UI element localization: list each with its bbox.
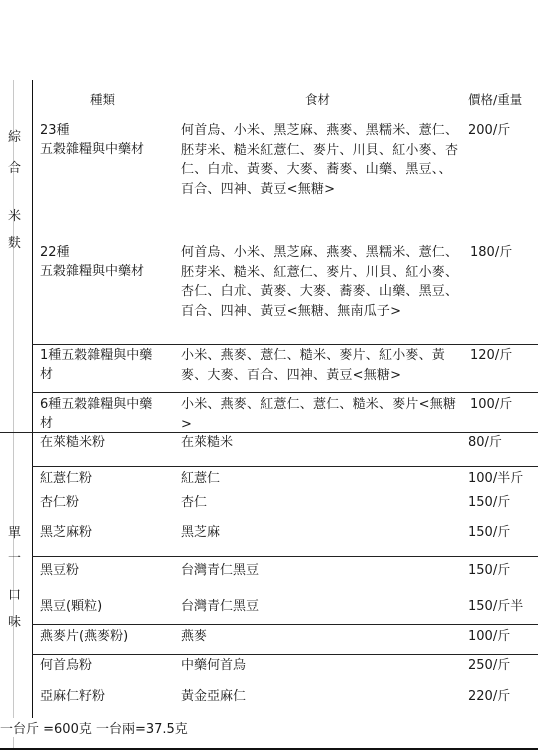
product-name-line: 6種五穀雜糧與中藥 <box>40 395 152 414</box>
product-price: 150/斤 <box>468 523 510 542</box>
product-ingredients: 台灣青仁黑豆 <box>181 561 259 580</box>
section-label-char: 單 <box>8 522 21 541</box>
product-name: 黑芝麻粉 <box>40 523 92 542</box>
product-price: 180/斤 <box>470 243 512 262</box>
product-name-line: 23種 <box>40 121 144 140</box>
product-name-line: 22種 <box>40 243 144 262</box>
product-name: 在萊糙米粉 <box>40 433 105 452</box>
product-name-line: 五穀雜糧與中藥材 <box>40 262 144 281</box>
product-price: 120/斤 <box>470 346 512 365</box>
section-divider-rule <box>32 80 33 718</box>
product-ingredients: 紅薏仁 <box>181 469 220 488</box>
header-category: 種類 <box>90 90 115 108</box>
row-divider <box>32 556 538 557</box>
header-price: 價格/重量 <box>468 90 522 108</box>
row-divider <box>32 466 538 467</box>
row-divider <box>32 654 538 655</box>
product-price: 220/斤 <box>468 687 510 706</box>
unit-conversion-note: 一台斤 =600克 一台兩=37.5克 <box>0 718 188 737</box>
product-ingredients: 台灣青仁黑豆 <box>181 597 259 616</box>
product-name: 燕麥片(燕麥粉) <box>40 627 128 646</box>
product-name: 1種五穀雜糧與中藥 材 <box>40 346 152 384</box>
product-name: 紅薏仁粉 <box>40 469 92 488</box>
product-name: 亞麻仁籽粉 <box>40 687 105 706</box>
product-name: 黑豆粉 <box>40 561 79 580</box>
section-label-char: 味 <box>8 611 21 630</box>
product-ingredients: 在萊糙米 <box>181 433 233 452</box>
product-ingredients: 小米、燕麥、紅薏仁、薏仁、糙米、麥片<無糖> <box>181 395 461 434</box>
section-label-char: 綜 <box>8 126 21 145</box>
product-name-line: 五穀雜糧與中藥材 <box>40 140 144 159</box>
product-price: 100/斤 <box>468 627 510 646</box>
product-name: 6種五穀雜糧與中藥 材 <box>40 395 152 433</box>
product-name: 22種 五穀雜糧與中藥材 <box>40 243 144 281</box>
product-ingredients: 何首烏、小米、黑芝麻、燕麥、黑糯米、薏仁、胚芽米、糙米紅薏仁、麥片、川貝、紅小麥… <box>181 121 461 199</box>
product-name-line: 1種五穀雜糧與中藥 <box>40 346 152 365</box>
product-ingredients: 黃金亞麻仁 <box>181 687 246 706</box>
section-label-char: 合 <box>8 157 21 176</box>
product-name: 23種 五穀雜糧與中藥材 <box>40 121 144 159</box>
product-price: 250/斤 <box>468 656 510 675</box>
product-ingredients: 何首烏、小米、黑芝麻、燕麥、黑糯米、薏仁、胚芽米、糙米、紅薏仁、麥片、川貝、紅小… <box>181 243 461 321</box>
product-price: 150/斤 <box>468 561 510 580</box>
section-label-char: 一 <box>8 547 21 566</box>
section-label-char: 米 <box>8 205 21 224</box>
product-name-line: 材 <box>40 414 152 433</box>
product-name-line: 材 <box>40 365 152 384</box>
product-ingredients: 中藥何首烏 <box>181 656 246 675</box>
product-price: 200/斤 <box>468 121 510 140</box>
product-name: 黑豆(顆粒) <box>40 597 102 616</box>
product-name: 何首烏粉 <box>40 656 92 675</box>
product-price: 150/斤 <box>468 493 510 512</box>
row-divider <box>32 624 538 625</box>
product-price: 150/斤半 <box>468 597 523 616</box>
product-price: 100/斤 <box>470 395 512 414</box>
row-divider <box>32 344 538 345</box>
outer-left-rule <box>13 80 14 750</box>
row-divider <box>32 392 538 393</box>
product-ingredients: 燕麥 <box>181 627 207 646</box>
header-ingredients: 食材 <box>305 90 330 108</box>
product-price: 80/斤 <box>468 433 502 452</box>
product-ingredients: 小米、燕麥、薏仁、糙米、麥片、紅小麥、黃麥、大麥、百合、四神、黃豆<無糖> <box>181 346 461 385</box>
section-label-char: 麩 <box>8 232 21 251</box>
product-ingredients: 黑芝麻 <box>181 523 220 542</box>
section-label-char: 口 <box>8 584 21 603</box>
product-ingredients: 杏仁 <box>181 493 207 512</box>
product-price: 100/半斤 <box>468 469 523 488</box>
product-name: 杏仁粉 <box>40 493 79 512</box>
